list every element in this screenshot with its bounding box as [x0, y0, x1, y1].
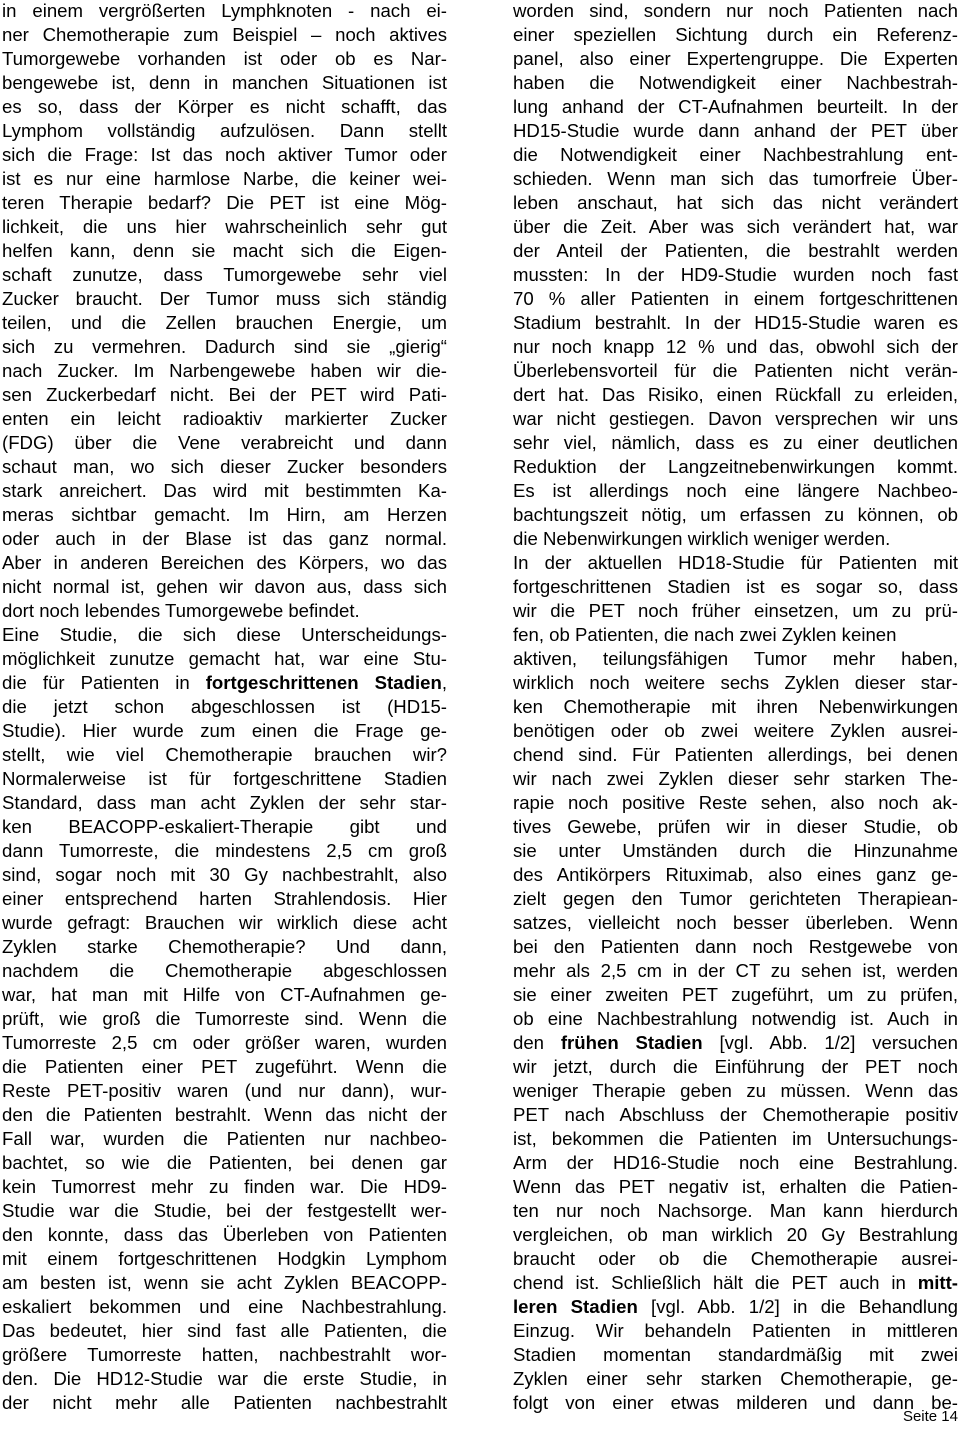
text-line: ist, bekommen die Patienten im Untersuch…	[513, 1127, 958, 1151]
text-line: dort noch lebendes Tumorgewebe befindet.	[2, 599, 447, 623]
text-line: schaft zunutze, dass Tumorgewebe sehr vi…	[2, 263, 447, 287]
text-line: über die Zeit. Aber was sich verändert h…	[513, 215, 958, 239]
left-column: in einem vergrößerten Lymphknoten - nach…	[2, 0, 447, 1415]
text-line: oder auch in der Blase ist das ganz norm…	[2, 527, 447, 551]
text-line: größere Tumorreste hatten, nachbestrahlt…	[2, 1343, 447, 1367]
text-line: ten nur noch Nachsorge. Man kann hierdur…	[513, 1199, 958, 1223]
text-line: Überlebensvorteil für die Patienten nich…	[513, 359, 958, 383]
text-line: wurde gefragt: Brauchen wir wirklich die…	[2, 911, 447, 935]
text-line: sie unter Umständen durch die Hinzunahme	[513, 839, 958, 863]
text-line: satzes, vielleicht noch besser überleben…	[513, 911, 958, 935]
text-line: fortgeschrittenen Stadien ist es sogar s…	[513, 575, 958, 599]
text-line: die Notwendigkeit einer Nachbestrahlung …	[513, 143, 958, 167]
text-line: ken BEACOPP-eskaliert-Therapie gibt und	[2, 815, 447, 839]
text-line: leren Stadien [vgl. Abb. 1/2] in die Beh…	[513, 1295, 958, 1319]
text-line: Es ist allerdings noch eine längere Nach…	[513, 479, 958, 503]
text-line: HD15-Studie wurde dann anhand der PET üb…	[513, 119, 958, 143]
text-line: 70 % aller Patienten in einem fortgeschr…	[513, 287, 958, 311]
text-line: aktiven, teilungsfähigen Tumor mehr habe…	[513, 647, 958, 671]
text-line: benötigen oder ob zwei weitere Zyklen au…	[513, 719, 958, 743]
text-line: chend sind. Für Patienten allerdings, be…	[513, 743, 958, 767]
text-line: Studie war die Studie, bei der festgeste…	[2, 1199, 447, 1223]
text-line: wir nach zwei Zyklen dieser sehr starken…	[513, 767, 958, 791]
text-line: die für Patienten in fortgeschrittenen S…	[2, 671, 447, 695]
text-line: Wenn das PET negativ ist, erhalten die P…	[513, 1175, 958, 1199]
text-line: prüft, wie groß die Tumorreste sind. Wen…	[2, 1007, 447, 1031]
right-column: worden sind, sondern nur noch Patienten …	[513, 0, 958, 1415]
text-line: die jetzt schon abgeschlossen ist (HD15-	[2, 695, 447, 719]
text-line: teilen, und die Zellen brauchen Energie,…	[2, 311, 447, 335]
text-line: fen, ob Patienten, die nach zwei Zyklen …	[513, 623, 958, 647]
text-line: Tumorreste 2,5 cm oder größer waren, wur…	[2, 1031, 447, 1055]
text-line: bei den Patienten dann noch Restgewebe v…	[513, 935, 958, 959]
text-line: leben anschaut, hat sich das nicht verän…	[513, 191, 958, 215]
text-line: lung anhand der CT-Aufnahmen beurteilt. …	[513, 95, 958, 119]
text-line: nur noch knapp 12 % und das, obwohl sich…	[513, 335, 958, 359]
text-line: Reste PET-positiv waren (und nur dann), …	[2, 1079, 447, 1103]
text-line: Stadien momentan standardmäßig mit zwei	[513, 1343, 958, 1367]
text-line: sen Zuckerbedarf nicht. Bei der PET wird…	[2, 383, 447, 407]
text-line: Aber in anderen Bereichen des Körpers, w…	[2, 551, 447, 575]
text-line: Eine Studie, die sich diese Unterscheidu…	[2, 623, 447, 647]
page-number: Seite 14	[513, 1407, 958, 1426]
text-line: weniger Therapie geben zu müssen. Wenn d…	[513, 1079, 958, 1103]
text-line: sehr viel, nämlich, dass es zu einer deu…	[513, 431, 958, 455]
text-line: Einzug. Wir behandeln Patienten in mittl…	[513, 1319, 958, 1343]
text-line: sind, sogar noch mit 30 Gy nachbestrahlt…	[2, 863, 447, 887]
text-line: teren Therapie bedarf? Die PET ist eine …	[2, 191, 447, 215]
text-line: haben die Notwendigkeit einer Nachbestra…	[513, 71, 958, 95]
text-line: möglichkeit zunutze gemacht hat, war ein…	[2, 647, 447, 671]
text-line: des Antikörpers Rituximab, also eines ga…	[513, 863, 958, 887]
text-line: kein Tumorrest mehr zu finden war. Die H…	[2, 1175, 447, 1199]
text-line: ob eine Nachbestrahlung notwendig ist. A…	[513, 1007, 958, 1031]
text-line: war, hat man mit Hilfe von CT-Aufnahmen …	[2, 983, 447, 1007]
text-line: tives Gewebe, prüfen wir in dieser Studi…	[513, 815, 958, 839]
text-line: nachdem die Chemotherapie abgeschlossen	[2, 959, 447, 983]
text-line: bachtet, so wie die Patienten, bei denen…	[2, 1151, 447, 1175]
text-line: stellt, wie viel Chemotherapie brauchen …	[2, 743, 447, 767]
text-line: Lymphom vollständig aufzulösen. Dann ste…	[2, 119, 447, 143]
text-line: den frühen Stadien [vgl. Abb. 1/2] versu…	[513, 1031, 958, 1055]
text-line: einer entsprechend harten Strahlendosis.…	[2, 887, 447, 911]
text-line: Zucker braucht. Der Tumor muss sich stän…	[2, 287, 447, 311]
text-line: dert hat. Das Risiko, einen Rückfall zu …	[513, 383, 958, 407]
text-line: nach Zucker. Im Narbengewebe haben wir d…	[2, 359, 447, 383]
text-line: helfen kann, denn sie macht sich die Eig…	[2, 239, 447, 263]
text-line: rapie noch positive Reste sehen, also no…	[513, 791, 958, 815]
text-line: wir die PET noch früher einsetzen, um zu…	[513, 599, 958, 623]
text-line: panel, also einer Expertengruppe. Die Ex…	[513, 47, 958, 71]
text-line: bengewebe ist, denn in manchen Situation…	[2, 71, 447, 95]
text-line: den. Die HD12-Studie war die erste Studi…	[2, 1367, 447, 1391]
text-line: den die Patienten bestrahlt. Wenn das ni…	[2, 1103, 447, 1127]
text-line: sich zu vermehren. Dadurch sind sie „gie…	[2, 335, 447, 359]
text-line: war nicht gestiegen. Davon versprechen w…	[513, 407, 958, 431]
text-line: (FDG) über die Vene verabreicht und dann	[2, 431, 447, 455]
text-line: der Anteil der Patienten, die bestrahlt …	[513, 239, 958, 263]
text-line: Arm der HD16-Studie noch eine Bestrahlun…	[513, 1151, 958, 1175]
text-line: Das bedeutet, hier sind fast alle Patien…	[2, 1319, 447, 1343]
text-line: mit einem fortgeschrittenen Hodgkin Lymp…	[2, 1247, 447, 1271]
text-line: Zyklen starke Chemotherapie? Und dann,	[2, 935, 447, 959]
text-line: chend ist. Schließlich hält die PET auch…	[513, 1271, 958, 1295]
text-line: mussten: In der HD9-Studie wurden noch f…	[513, 263, 958, 287]
text-line: dann Tumorreste, die mindestens 2,5 cm g…	[2, 839, 447, 863]
text-line: Stadium bestrahlt. In der HD15-Studie wa…	[513, 311, 958, 335]
text-line: bachtungszeit nötig, um erfassen zu könn…	[513, 503, 958, 527]
text-line: Studie). Hier wurde zum einen die Frage …	[2, 719, 447, 743]
text-line: enten ein leicht radioaktiv markierter Z…	[2, 407, 447, 431]
text-line: schieden. Wenn man sich das tumorfreie Ü…	[513, 167, 958, 191]
text-line: es so, dass der Körper es nicht schafft,…	[2, 95, 447, 119]
text-line: Tumorgewebe vorhanden ist oder ob es Nar…	[2, 47, 447, 71]
text-line: vergleichen, ob man wirklich 20 Gy Bestr…	[513, 1223, 958, 1247]
text-line: am besten ist, wenn sie acht Zyklen BEAC…	[2, 1271, 447, 1295]
text-line: die Nebenwirkungen wirklich weniger werd…	[513, 527, 958, 551]
text-line: ner Chemotherapie zum Beispiel – noch ak…	[2, 23, 447, 47]
text-line: worden sind, sondern nur noch Patienten …	[513, 0, 958, 23]
text-line: Zyklen einer sehr starken Chemotherapie,…	[513, 1367, 958, 1391]
text-line: lichkeit, die uns hier wahrscheinlich se…	[2, 215, 447, 239]
text-line: mehr als 2,5 cm in der CT zu sehen ist, …	[513, 959, 958, 983]
text-line: den konnte, dass das Überleben von Patie…	[2, 1223, 447, 1247]
text-line: eskaliert bekommen und eine Nachbestrahl…	[2, 1295, 447, 1319]
text-line: Normalerweise ist für fortgeschrittene S…	[2, 767, 447, 791]
text-line: PET nach Abschluss der Chemotherapie pos…	[513, 1103, 958, 1127]
text-line: in einem vergrößerten Lymphknoten - nach…	[2, 0, 447, 23]
document-page: in einem vergrößerten Lymphknoten - nach…	[0, 0, 960, 1429]
text-line: die Patienten einer PET zugeführt. Wenn …	[2, 1055, 447, 1079]
text-line: nicht normal ist, gehen wir davon aus, d…	[2, 575, 447, 599]
text-line: sie einer zweiten PET zugeführt, um zu p…	[513, 983, 958, 1007]
text-line: stark anreichert. Das wird mit bestimmte…	[2, 479, 447, 503]
text-line: Fall war, wurden die Patienten nur nachb…	[2, 1127, 447, 1151]
text-line: Standard, dass man acht Zyklen der sehr …	[2, 791, 447, 815]
text-line: Reduktion der Langzeitnebenwirkungen kom…	[513, 455, 958, 479]
text-line: In der aktuellen HD18-Studie für Patient…	[513, 551, 958, 575]
text-line: wir jetzt, durch die Einführung der PET …	[513, 1055, 958, 1079]
text-line: der nicht mehr alle Patienten nachbestra…	[2, 1391, 447, 1415]
text-line: ken Chemotherapie mit ihren Nebenwirkung…	[513, 695, 958, 719]
text-line: braucht oder ob die Chemotherapie ausrei…	[513, 1247, 958, 1271]
text-line: zielt gegen den Tumor gerichteten Therap…	[513, 887, 958, 911]
text-line: sich die Frage: Ist das noch aktiver Tum…	[2, 143, 447, 167]
text-line: ist es nur eine harmlose Narbe, die kein…	[2, 167, 447, 191]
text-line: einer speziellen Sichtung durch ein Refe…	[513, 23, 958, 47]
text-line: meras sichtbar gemacht. Im Hirn, am Herz…	[2, 503, 447, 527]
text-line: wirklich noch weitere sechs Zyklen diese…	[513, 671, 958, 695]
text-line: schaut man, wo sich dieser Zucker besond…	[2, 455, 447, 479]
